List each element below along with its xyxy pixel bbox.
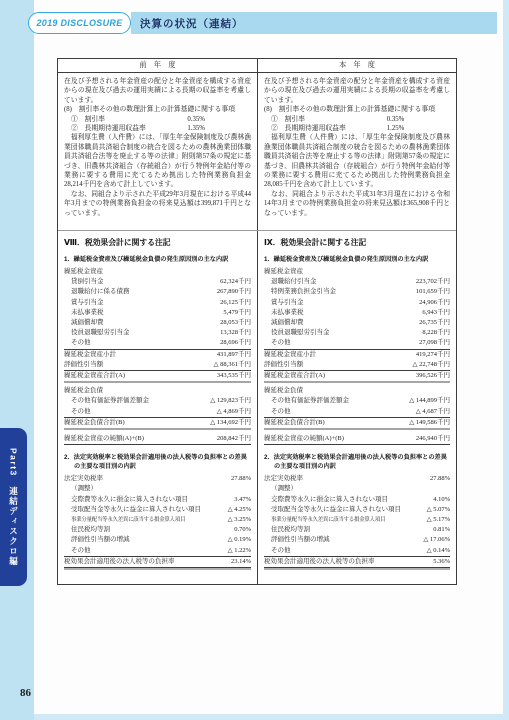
note-row: ① 割引率0.35% — [64, 115, 251, 124]
row-value: 0.81% — [433, 525, 450, 535]
note-row: 事業分量配当等永久差異に該当する損金算入項目△ 3.25% — [64, 515, 251, 525]
page-number: 86 — [20, 687, 31, 699]
row-value: 4.10% — [433, 495, 450, 505]
row-value: 28,053千円 — [220, 318, 251, 328]
page-title: 決算の状況（連結） — [131, 16, 244, 31]
row-label: 未払事業税 — [64, 308, 104, 318]
welfare-cost-paragraph: 福利厚生費（人件費）には、「厚生年金保険制度及び農林漁業団体職員共済組合制度の統… — [264, 133, 450, 189]
note-row: その他△ 1.22% — [64, 546, 251, 556]
row-label: 役員退職慰労引当金 — [264, 328, 330, 338]
note-row: ① 割引率0.35% — [264, 115, 450, 124]
row-label: （調整） — [264, 484, 297, 494]
row-label: 交際費等永久に損金に算入されない項目 — [264, 495, 388, 505]
row-label: 特例業務負担金引当金 — [264, 287, 336, 297]
row-label: 評価性引当額 — [64, 360, 103, 370]
row-label: 繰延税金負債合計(B) — [264, 418, 325, 428]
note-row: 評価性引当額△ 88,361千円 — [64, 360, 251, 370]
row-value: △ 129,823千円 — [210, 396, 251, 406]
note-row: その他28,696千円 — [64, 338, 251, 348]
calc-basis-item: (8) 割引率その他の数理計算上の計算基礎に関する事項 — [264, 105, 450, 114]
tax-note-heading: Ⅷ．税効果会計に関する注記 — [64, 237, 251, 248]
row-value: 27.88% — [430, 474, 450, 484]
row-label: 住民税均等割 — [264, 525, 310, 535]
row-value: 23.14% — [231, 557, 251, 567]
note-row: 繰延税金資産小計419,274千円 — [264, 349, 450, 360]
note-row: 評価性引当額の増減△ 0.19% — [64, 535, 251, 545]
deferred-tax-list: 繰延税金資産退職給付引当金223,702千円特例業務負担金引当金101,659千… — [264, 267, 450, 445]
effective-rate-subheading: 2．法定実効税率と税効果会計適用後の法人税等の負担率との差異の主要な項目別の内訳 — [264, 453, 450, 471]
row-label: 繰延税金資産合計(A) — [64, 371, 125, 381]
row-value: △ 5.07% — [427, 505, 450, 515]
header-bar: 決算の状況（連結） — [131, 12, 497, 34]
note-row: 繰延税金資産合計(A)396,526千円 — [264, 370, 450, 383]
calc-basis-item: (8) 割引率その他の数理計算上の計算基礎に関する事項 — [64, 105, 251, 114]
row-label: その他 — [64, 546, 91, 556]
effective-rate-list: 法定実効税率27.88%（調整）交際費等永久に損金に算入されない項目4.10%受… — [264, 474, 450, 568]
pension-intro: 在及び予想される年金資産の配分と年金資産を構成する資産からの現在及び過去の運用実… — [64, 77, 251, 105]
note-row: 減価償却費26,735千円 — [264, 318, 450, 328]
row-value: 1.35% — [187, 124, 251, 133]
row-label: その他 — [264, 546, 291, 556]
note-row: その他△ 0.14% — [264, 546, 450, 556]
page-edge-bottom — [34, 714, 509, 720]
row-value: 267,890千円 — [217, 287, 251, 297]
future-obligation-paragraph: なお、同組合より示された平成29年3月現在における平成44年3月までの特例業務負… — [64, 190, 251, 218]
note-row: 繰延税金資産 — [264, 267, 450, 277]
note-row: 繰延税金資産の純額(A)+(B)246,940千円 — [264, 434, 450, 445]
pension-intro: 在及び予想される年金資産の配分と年金資産を構成する資産からの現在及び過去の運用実… — [264, 77, 450, 105]
note-row: その他27,098千円 — [264, 338, 450, 348]
row-label: 住民税均等割 — [64, 525, 110, 535]
row-label: （調整） — [64, 484, 97, 494]
page: Part3 連結ディスクロ編 86 2019 DISCLOSURE 決算の状況（… — [0, 0, 509, 720]
table-header-row: 前 年 度 本 年 度 — [58, 59, 456, 73]
note-row: 特例業務負担金引当金101,659千円 — [264, 287, 450, 297]
pension-note-current: 在及び予想される年金資産の配分と年金資産を構成する資産からの現在及び過去の運用実… — [257, 73, 456, 230]
row-value: △ 17.06% — [423, 535, 450, 545]
row-value: 27,098千円 — [419, 338, 450, 348]
row-value: △ 88,361千円 — [214, 360, 252, 370]
note-row: 繰延税金資産小計431,897千円 — [64, 349, 251, 360]
row-value: 419,274千円 — [416, 350, 450, 360]
sidebar-tab-label: Part3 連結ディスクロ編 — [8, 448, 20, 567]
row-value: △ 22,748千円 — [413, 360, 451, 370]
row-value: △ 4,687千円 — [416, 407, 450, 417]
row-value: △ 0.14% — [427, 546, 450, 556]
note-row: 繰延税金資産合計(A)343,535千円 — [64, 370, 251, 383]
note-row: 減価償却費28,053千円 — [64, 318, 251, 328]
row-label: 繰延税金資産の純額(A)+(B) — [264, 434, 344, 444]
row-value: 26,125千円 — [220, 298, 251, 308]
row-label: その他 — [64, 407, 91, 417]
col-header-current-year: 本 年 度 — [257, 59, 456, 72]
note-row: 繰延税金負債 — [64, 386, 251, 396]
row-value: 208,842千円 — [217, 434, 251, 444]
row-label: 繰延税金負債合計(B) — [64, 418, 125, 428]
note-row: 評価性引当額△ 22,748千円 — [264, 360, 450, 370]
note-row: 賞与引当金26,125千円 — [64, 298, 251, 308]
note-row: 交際費等永久に損金に算入されない項目3.47% — [64, 495, 251, 505]
tax-note-heading: Ⅸ．税効果会計に関する注記 — [264, 237, 450, 248]
note-row: ② 長期期待運用収益率1.25% — [264, 124, 450, 133]
pension-note-row: 在及び予想される年金資産の配分と年金資産を構成する資産からの現在及び過去の運用実… — [58, 73, 456, 231]
note-row: 貸倒引当金62,324千円 — [64, 277, 251, 287]
row-label: 交際費等永久に損金に算入されない項目 — [64, 495, 188, 505]
row-label: その他 — [264, 338, 291, 348]
calc-basis-list: ① 割引率0.35%② 長期期待運用収益率1.35% — [64, 115, 251, 134]
row-label: 受取配当金等永久に益金に算入されない項目 — [64, 505, 201, 515]
row-label: 法定実効税率 — [264, 474, 303, 484]
row-label: ② 長期期待運用収益率 — [64, 124, 187, 133]
note-row: 受取配当金等永久に益金に算入されない項目△ 4.25% — [64, 505, 251, 515]
row-label: 繰延税金資産小計 — [64, 350, 116, 360]
row-value: 13,328千円 — [220, 328, 251, 338]
future-obligation-paragraph: なお、同組合より示された平成31年3月現在における令和14年3月までの特例業務負… — [264, 190, 450, 218]
row-value: 6,943千円 — [422, 308, 450, 318]
row-label: 減価償却費 — [264, 318, 304, 328]
note-row: 繰延税金資産の純額(A)+(B)208,842千円 — [64, 434, 251, 445]
col-header-previous-year: 前 年 度 — [58, 59, 257, 72]
row-value: 27.88% — [231, 474, 251, 484]
deferred-tax-subheading: 1．繰延税金資産及び繰延税金負債の発生原因別の主な内訳 — [264, 255, 450, 264]
row-label: 繰延税金資産の純額(A)+(B) — [64, 434, 144, 444]
note-row: 法定実効税率27.88% — [264, 474, 450, 484]
note-row: 役員退職慰労引当金8,228千円 — [264, 328, 450, 338]
note-row: 繰延税金負債合計(B)△ 134,692千円 — [64, 417, 251, 430]
row-label: ① 割引率 — [264, 115, 387, 124]
row-value: 24,906千円 — [419, 298, 450, 308]
row-value: 5.36% — [433, 557, 450, 567]
note-row: 賞与引当金24,906千円 — [264, 298, 450, 308]
welfare-cost-paragraph: 福利厚生費（人件費）には、「厚生年金保険制度及び農林漁業団体職員共済組合制度の統… — [64, 133, 251, 189]
page-edge-right — [503, 0, 509, 720]
brand-badge: 2019 DISCLOSURE — [28, 12, 131, 34]
note-row: 退職給付に係る債務267,890千円 — [64, 287, 251, 297]
row-value: 5,479千円 — [223, 308, 251, 318]
note-row: 評価性引当額の増減△ 17.06% — [264, 535, 450, 545]
note-row: （調整） — [64, 484, 251, 494]
row-label: 減価償却費 — [64, 318, 104, 328]
row-value: 62,324千円 — [220, 277, 251, 287]
row-label: 税効果会計適用後の法人税等の負担率 — [64, 557, 175, 567]
pension-note-previous: 在及び予想される年金資産の配分と年金資産を構成する資産からの現在及び過去の運用実… — [58, 73, 257, 230]
row-label: 評価性引当額の増減 — [64, 535, 130, 545]
row-label: 繰延税金資産 — [264, 267, 303, 277]
note-row: 退職給付引当金223,702千円 — [264, 277, 450, 287]
row-value: △ 0.19% — [228, 535, 251, 545]
note-row: その他有価証券評価差額金△ 144,899千円 — [264, 396, 450, 406]
row-value: 343,535千円 — [217, 371, 251, 381]
row-label: 繰延税金負債 — [264, 386, 303, 396]
row-label: 事業分量配当等永久差異に該当する損金算入項目 — [64, 515, 185, 525]
row-label: 未払事業税 — [264, 308, 304, 318]
row-label: 退職給付に係る債務 — [64, 287, 130, 297]
row-value: △ 4,869千円 — [217, 407, 251, 417]
row-label: ② 長期期待運用収益率 — [264, 124, 387, 133]
row-label: 繰延税金負債 — [64, 386, 103, 396]
row-label: その他 — [264, 407, 291, 417]
row-label: その他有価証券評価差額金 — [264, 396, 349, 406]
row-label: 退職給付引当金 — [264, 277, 317, 287]
note-row: 繰延税金負債 — [264, 386, 450, 396]
tax-note-previous: Ⅷ．税効果会計に関する注記 1．繰延税金資産及び繰延税金負債の発生原因別の主な内… — [58, 231, 257, 584]
note-row: 未払事業税6,943千円 — [264, 308, 450, 318]
row-value: 26,735千円 — [419, 318, 450, 328]
row-label: 法定実効税率 — [64, 474, 103, 484]
note-row: （調整） — [264, 484, 450, 494]
tax-note-current: Ⅸ．税効果会計に関する注記 1．繰延税金資産及び繰延税金負債の発生原因別の主な内… — [257, 231, 456, 584]
row-label: 評価性引当額の増減 — [264, 535, 330, 545]
row-value: 101,659千円 — [416, 287, 450, 297]
row-label: 繰延税金資産合計(A) — [264, 371, 325, 381]
note-row: 法定実効税率27.88% — [64, 474, 251, 484]
row-value: △ 144,899千円 — [409, 396, 450, 406]
row-value: 0.35% — [387, 115, 450, 124]
tax-note-row: Ⅷ．税効果会計に関する注記 1．繰延税金資産及び繰延税金負債の発生原因別の主な内… — [58, 231, 456, 584]
sidebar — [0, 0, 34, 720]
note-row: ② 長期期待運用収益率1.35% — [64, 124, 251, 133]
row-value: 431,897千円 — [217, 350, 251, 360]
row-value: △ 4.25% — [228, 505, 251, 515]
deferred-tax-subheading: 1．繰延税金資産及び繰延税金負債の発生原因別の主な内訳 — [64, 255, 251, 264]
row-label: 繰延税金資産小計 — [264, 350, 316, 360]
row-label: 貸倒引当金 — [64, 277, 104, 287]
note-row: 住民税均等割0.81% — [264, 525, 450, 535]
row-label: ① 割引率 — [64, 115, 187, 124]
row-value: 223,702千円 — [416, 277, 450, 287]
sidebar-tab-part3: Part3 連結ディスクロ編 — [0, 428, 27, 586]
row-value: △ 1.22% — [228, 546, 251, 556]
row-value: 396,526千円 — [416, 371, 450, 381]
row-label: 事業分量配当等永久差異に該当する損金算入項目 — [264, 515, 385, 525]
row-label: 役員退職慰労引当金 — [64, 328, 130, 338]
note-row: 繰延税金資産 — [64, 267, 251, 277]
row-value: 0.70% — [234, 525, 251, 535]
note-row: 未払事業税5,479千円 — [64, 308, 251, 318]
row-label: その他 — [64, 338, 91, 348]
calc-basis-list: ① 割引率0.35%② 長期期待運用収益率1.25% — [264, 115, 450, 134]
row-value: △ 5.17% — [427, 515, 450, 525]
row-value: 1.25% — [387, 124, 450, 133]
row-label: 評価性引当額 — [264, 360, 303, 370]
row-label: 賞与引当金 — [264, 298, 304, 308]
note-row: 役員退職慰労引当金13,328千円 — [64, 328, 251, 338]
row-label: 受取配当金等永久に益金に算入されない項目 — [264, 505, 401, 515]
effective-rate-subheading: 2．法定実効税率と税効果会計適用後の法人税等の負担率との差異の主要な項目別の内訳 — [64, 453, 251, 471]
row-value: 3.47% — [234, 495, 251, 505]
row-label: 繰延税金資産 — [64, 267, 103, 277]
row-value: 28,696千円 — [220, 338, 251, 348]
row-label: 賞与引当金 — [64, 298, 104, 308]
note-row: その他有価証券評価差額金△ 129,823千円 — [64, 396, 251, 406]
note-row: 住民税均等割0.70% — [64, 525, 251, 535]
row-label: その他有価証券評価差額金 — [64, 396, 149, 406]
note-row: 税効果会計適用後の法人税等の負担率23.14% — [64, 556, 251, 568]
row-value: 8,228千円 — [422, 328, 450, 338]
row-value: 0.35% — [187, 115, 251, 124]
note-row: 交際費等永久に損金に算入されない項目4.10% — [264, 495, 450, 505]
row-value: △ 3.25% — [228, 515, 251, 525]
note-row: 税効果会計適用後の法人税等の負担率5.36% — [264, 556, 450, 568]
row-value: △ 149,586千円 — [409, 418, 450, 428]
brand-text: 2019 DISCLOSURE — [36, 18, 122, 28]
deferred-tax-list: 繰延税金資産貸倒引当金62,324千円退職給付に係る債務267,890千円賞与引… — [64, 267, 251, 445]
comparison-table: 前 年 度 本 年 度 在及び予想される年金資産の配分と年金資産を構成する資産か… — [57, 58, 457, 585]
row-value: △ 134,692千円 — [210, 418, 251, 428]
note-row: 繰延税金負債合計(B)△ 149,586千円 — [264, 417, 450, 430]
note-row: 受取配当金等永久に益金に算入されない項目△ 5.07% — [264, 505, 450, 515]
note-row: その他△ 4,687千円 — [264, 407, 450, 417]
note-row: その他△ 4,869千円 — [64, 407, 251, 417]
row-value: 246,940千円 — [416, 434, 450, 444]
row-label: 税効果会計適用後の法人税等の負担率 — [264, 557, 375, 567]
effective-rate-list: 法定実効税率27.88%（調整）交際費等永久に損金に算入されない項目3.47%受… — [64, 474, 251, 568]
note-row: 事業分量配当等永久差異に該当する損金算入項目△ 5.17% — [264, 515, 450, 525]
